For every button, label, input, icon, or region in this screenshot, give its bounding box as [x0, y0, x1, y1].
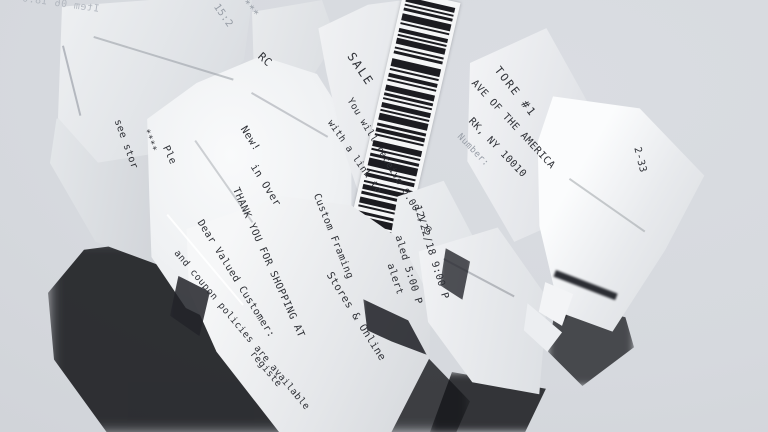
receipt-text-phone-digits: 2-33	[631, 146, 648, 174]
receipt-text-showthrough: Item 06 18.0	[21, 0, 100, 15]
photo-crumpled-receipt: Item 06 18.0 15:2 *** RC SALE You will r…	[0, 0, 768, 432]
receipt-text-coupon: and coupon policies are available	[172, 248, 312, 412]
receipt-text-stores-online: Stores & Online	[324, 270, 388, 363]
receipt-text-stars-left: ****	[141, 128, 158, 154]
receipt-text-sale: SALE	[344, 50, 376, 88]
receipt-text-thank-you: THANK YOU FOR SHOPPING AT	[230, 186, 306, 339]
receipt-text-stars-top: ***	[240, 0, 261, 20]
receipt-text-see-store: see stor	[112, 118, 140, 171]
receipt-text-time: 15:2	[211, 2, 235, 30]
receipt-text-custom-framing: Custom Framing	[311, 192, 355, 281]
receipt-text-in-over: in Over	[248, 162, 283, 209]
receipt-text-new: New!	[238, 124, 263, 154]
receipt-text-ple: Ple	[160, 144, 178, 166]
text-layer: Item 06 18.0 15:2 *** RC SALE You will r…	[0, 0, 768, 432]
receipt-text-rc: RC	[255, 50, 274, 69]
receipt-text-with-link: with a link to	[325, 118, 384, 196]
